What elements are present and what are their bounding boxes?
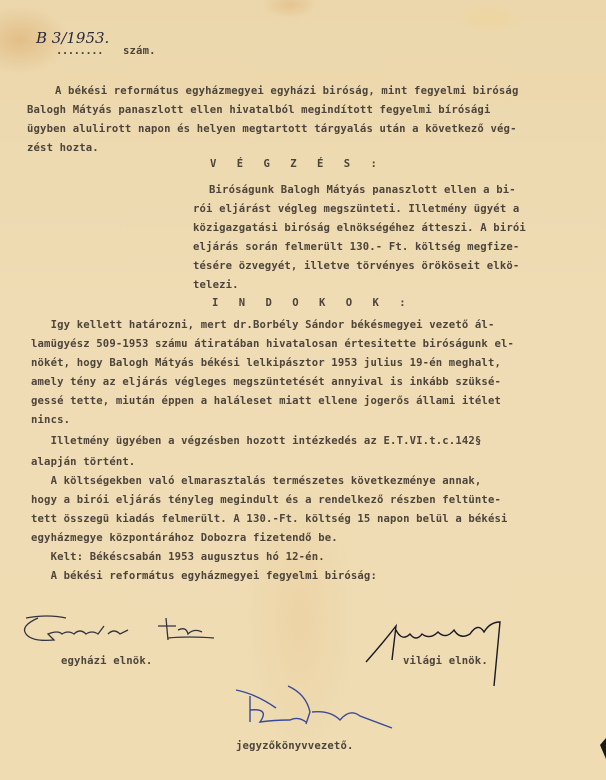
intro-line-4: zést hozta. bbox=[27, 141, 99, 155]
reasons-line-5: gessé tette, miután éppen a haláleset mi… bbox=[31, 394, 501, 408]
court-signature-line: A békési református egyházmegyei fegyelm… bbox=[31, 569, 377, 583]
reasons-line-10: hogy a birói eljárás tényleg megindult é… bbox=[31, 493, 501, 507]
verdict-line-1: Biróságunk Balogh Mátyás panaszlott elle… bbox=[209, 183, 516, 197]
verdict-line-6: telezi. bbox=[193, 278, 239, 292]
reasons-line-9: A költségekben való elmarasztalás termés… bbox=[31, 474, 481, 488]
reasons-line-12: egyházmegye központárához Dobozra fizete… bbox=[31, 531, 338, 545]
intro-line-3: ügyben alulirott napon és helyen megtart… bbox=[27, 122, 517, 136]
date-line: Kelt: Békéscsabán 1953 augusztus hó 12-é… bbox=[31, 550, 325, 564]
reasons-line-2: lamügyész 509-1953 számu átiratában hiva… bbox=[31, 337, 514, 351]
recorder-title: jegyzőkönyvvezető. bbox=[236, 739, 354, 753]
verdict-line-3: közigazgatási biróság elnökségéhez áttes… bbox=[193, 221, 526, 235]
church-president-title: egyházi elnök. bbox=[61, 654, 152, 668]
intro-line-2: Balogh Mátyás panaszlott ellen hivatalbó… bbox=[27, 103, 491, 117]
reasons-line-7: Illetmény ügyében a végzésben hozott int… bbox=[31, 434, 481, 448]
reference-label: szám. bbox=[123, 44, 156, 58]
secular-president-title: világi elnök. bbox=[403, 654, 488, 668]
verdict-line-4: eljárás során felmerült 130.- Ft. költsé… bbox=[193, 240, 519, 254]
reasons-line-3: nökét, hogy Balogh Mátyás békési lelkipá… bbox=[31, 356, 501, 370]
intro-line-1: A békési református egyházmegyei egyházi… bbox=[55, 84, 519, 98]
signature-bottom bbox=[230, 684, 400, 734]
signature-right bbox=[360, 612, 520, 692]
reasons-line-8: alapján történt. bbox=[31, 455, 135, 469]
reference-dots: ........ bbox=[56, 44, 103, 58]
reasons-line-6: nincs. bbox=[31, 413, 70, 427]
page-edge-mark bbox=[600, 738, 606, 759]
signature-left bbox=[18, 612, 218, 652]
verdict-line-2: rói eljárást végleg megszünteti. Illetmé… bbox=[193, 202, 519, 216]
reasons-line-1: Igy kellett határozni, mert dr.Borbély S… bbox=[31, 318, 495, 332]
reasons-heading: I N D O K O K : bbox=[212, 296, 413, 310]
verdict-heading: V É G Z É S : bbox=[210, 157, 384, 171]
verdict-line-5: tésére özvegyét, illetve törvényes örökö… bbox=[193, 259, 519, 273]
reasons-line-4: amely tény az eljárás végleges megszünte… bbox=[31, 375, 501, 389]
reasons-line-11: tett összegü kiadás felmerült. A 130.-Ft… bbox=[31, 512, 508, 526]
